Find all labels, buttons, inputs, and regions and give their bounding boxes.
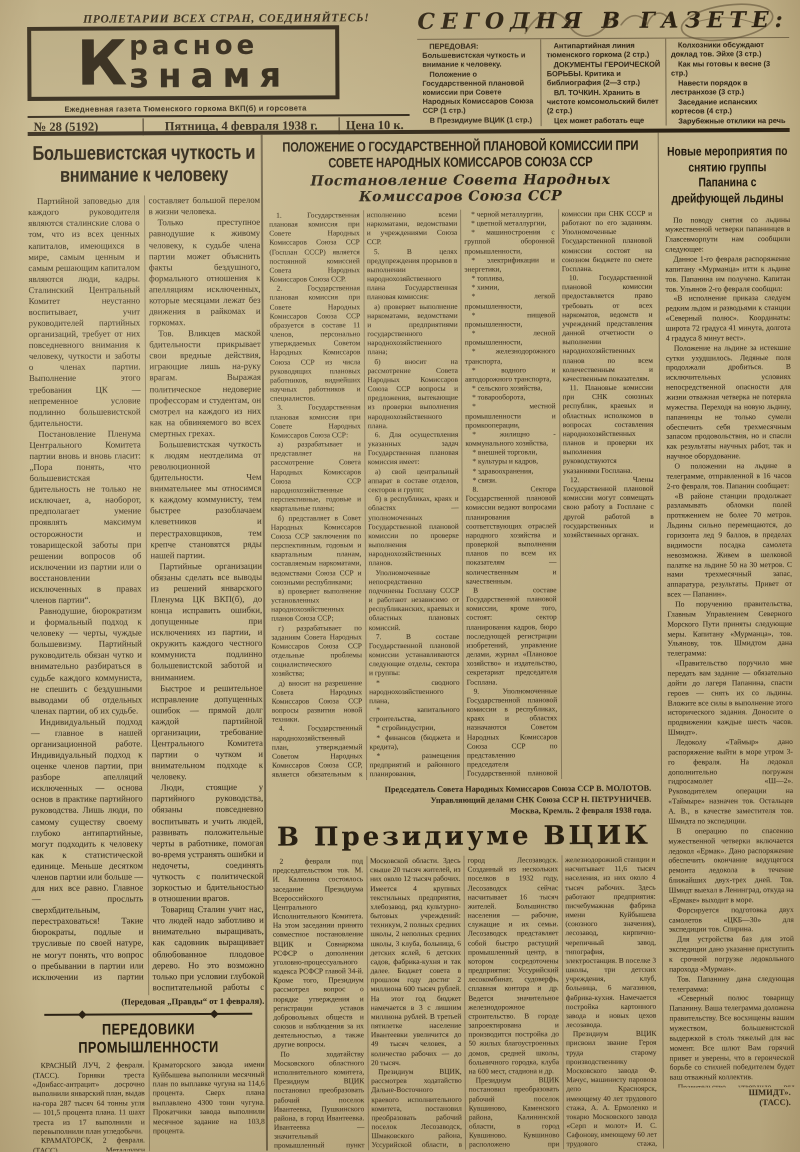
library-stamp — [513, 0, 787, 49]
vtsik-section-title: В Президиуме ВЦИК — [272, 821, 655, 853]
logo-initial: К — [76, 37, 127, 90]
industry-section-body: КРАСНЫЙ ЛУЧ, 2 февраля. (ТАСС). Горняки … — [33, 1060, 265, 1152]
lead-article-section: Большевистская чуткость и внимание к чел… — [28, 135, 265, 1152]
logo-line-2: знамя — [129, 59, 290, 94]
icefloe-body: По поводу снятия со льдины мужественной … — [665, 214, 795, 1087]
section-divider — [44, 1009, 252, 1019]
industry-section-title: ПЕРЕДОВИКИ ПРОМЫШЛЕННОСТИ — [32, 1021, 264, 1058]
divider-ornament — [210, 1009, 218, 1017]
slogan: ПРОЛЕТАРИИ ВСЕХ СТРАН, СОЕДИНЯЙТЕСЬ! — [83, 12, 370, 25]
icefloe-tass: (ТАСС). — [670, 1096, 791, 1107]
vtsik-section-body: 2 февраля под председательством тов. М. … — [272, 855, 657, 1152]
stamp-text-squiggle — [695, 18, 757, 25]
newspaper-page: ПРОЛЕТАРИИ ВСЕХ СТРАН, СОЕДИНЯЙТЕСЬ! К р… — [0, 0, 800, 1152]
logo-lines: расное знамя — [129, 33, 290, 94]
icefloe-article-section: Новые мероприятия по снятию группы Папан… — [659, 132, 795, 1149]
issue-info-row: № 28 (5192) Пятница, 4 февраля 1938 г. Ц… — [28, 114, 410, 136]
stamp-ellipse — [679, 0, 775, 46]
masthead-subtitle: Ежедневная газета Тюменского горкома ВКП… — [32, 103, 340, 114]
ink-squiggle — [621, 13, 671, 25]
lead-article-signature: (Передовая „Правды“ от 1 февраля). — [32, 996, 264, 1007]
today-column-1: ПЕРЕДОВАЯ: Большевистская чуткость и вни… — [417, 39, 541, 127]
decree-signatures: Председатель Совета Народных Комиссаров … — [272, 783, 651, 818]
decree-body: 1. Государственная плановая комиссия при… — [269, 209, 655, 781]
decree-title: ПОЛОЖЕНИЕ О ГОСУДАРСТВЕННОЙ ПЛАНОВОЙ КОМ… — [269, 138, 652, 172]
icefloe-title: Новые мероприятия по снятию группы Папан… — [665, 144, 790, 207]
ink-squiggle — [525, 12, 613, 36]
decree-signature-place: Москва, Кремль. 2 февраля 1938 года. — [272, 805, 651, 818]
today-column-2: Антипартийная линия тюменского горкома (… — [541, 39, 666, 127]
lead-article-title: Большевистская чуткость и внимание к чел… — [28, 143, 260, 187]
newspaper-scan: { "colors": { "paper": "#c6b78e", "ink":… — [0, 0, 800, 1152]
issue-price: Цена 10 к. — [340, 116, 410, 133]
decree-subtitle: Постановление Совета Народных Комиссаров… — [269, 172, 652, 206]
icefloe-signature: ШМИДТ». — [670, 1086, 791, 1097]
masthead: ПРОЛЕТАРИИ ВСЕХ СТРАН, СОЕДИНЯЙТЕСЬ! К р… — [27, 4, 410, 132]
today-columns: ПЕРЕДОВАЯ: Большевистская чуткость и вни… — [417, 37, 789, 127]
newspaper-logo: К расное знамя — [27, 25, 339, 101]
issue-date: Пятница, 4 февраля 1938 г. — [144, 117, 340, 135]
page-content: Большевистская чуткость и внимание к чел… — [28, 132, 795, 1152]
decree-section: ПОЛОЖЕНИЕ О ГОСУДАРСТВЕННОЙ ПЛАНОВОЙ КОМ… — [261, 133, 664, 1151]
issue-number: № 28 (5192) — [28, 118, 144, 136]
divider-ornament — [78, 1010, 86, 1018]
lead-article-body: Партийной заповедью для каждого руководи… — [28, 195, 264, 996]
today-column-3: Колхозники обсуждают доклад тов. Эйхе (3… — [665, 38, 790, 126]
